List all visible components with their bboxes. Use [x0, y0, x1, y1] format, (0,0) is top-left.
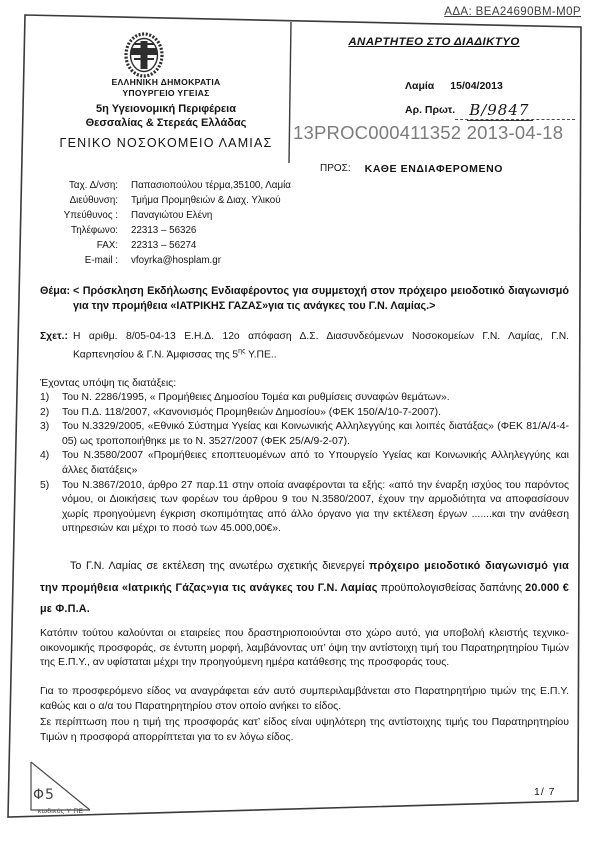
- subject-block: Θέμα: < Πρόσκληση Εκδήλωσης Ενδιαφέροντο…: [40, 284, 569, 313]
- internet-posting-notice: ΑΝΑΡΤΗΤΕΟ ΣΤΟ ΔΙΑΔΙΚΤΥΟ: [300, 36, 568, 48]
- health-region-line1: 5η Υγειονομική Περιφέρεια: [40, 103, 292, 117]
- law-item: 5) Του Ν.3867/2010, άρθρο 27 παρ.11 στην…: [40, 479, 569, 537]
- tender-announcement: Το Γ.Ν. Λαμίας σε εκτέλεση της ανωτέρω σ…: [40, 556, 569, 621]
- having-regard-line: Έχοντας υπόψη τις διατάξεις:: [40, 377, 176, 389]
- reference-block: Σχετ.: Η αριθμ. 8/05-04-13 Ε.Η.Δ. 12ο απ…: [40, 330, 569, 363]
- recipient-row: ΠΡΟΣ: ΚΑΘΕ ΕΝΔΙΑΦΕΡΟΜΕΝΟ: [320, 163, 503, 175]
- rejection-paragraph: Σε περίπτωση που η τιμή της προσφοράς κα…: [40, 715, 569, 744]
- reference-text: Η αριθμ. 8/05-04-13 Ε.Η.Δ. 12ο απόφαση Δ…: [73, 330, 569, 363]
- subject-text: < Πρόσκληση Εκδήλωσης Ενδιαφέροντος για …: [73, 284, 569, 313]
- contact-row-phone: Τηλέφωνο: 22313 – 56326: [40, 223, 325, 238]
- contact-row-department: Διεύθυνση: Τμήμα Προμηθειών & Διαχ. Υλικ…: [40, 193, 325, 208]
- issuing-authority: ΕΛΛΗΝΙΚΗ ΔΗΜΟΚΡΑΤΙΑ ΥΠΟΥΡΓΕΙΟ ΥΓΕΙΑΣ 5η …: [40, 77, 292, 130]
- date-row: Λαμία 15/04/2013: [405, 80, 503, 92]
- law-item: 2) Του Π.Δ. 118/2007, «Κανονισμός Προμηθ…: [40, 406, 569, 421]
- form-code-caption: κωδικός Υ ΠΕ: [38, 808, 83, 815]
- law-item: 1) Του Ν. 2286/1995, « Προμήθειες Δημοσί…: [40, 391, 569, 406]
- invitation-paragraph: Κατόπιν τούτου καλούνται οι εταιρείες πο…: [40, 626, 569, 670]
- contact-row-person: Υπεύθυνος : Παναγιώτου Ελένη: [40, 208, 325, 223]
- ada-code: ΑΔΑ: ΒΕΑ24690ΒΜ-Μ0Ρ: [444, 6, 581, 18]
- page-number: 1/ 7: [534, 786, 556, 798]
- law-item: 3) Του Ν.3329/2005, «Εθνικό Σύστημα Υγεί…: [40, 420, 569, 449]
- contact-details: Ταχ. Δ/νση: Παπασιοπούλου τέρμα,35100, Λ…: [40, 178, 325, 268]
- protocol-label: Αρ. Πρωτ.: [405, 101, 455, 116]
- form-code: Φ5: [33, 787, 55, 803]
- contact-row-fax: FAX: 22313 – 56274: [40, 238, 325, 253]
- document-date: 15/04/2013: [450, 80, 503, 92]
- proc-registry-stamp: 13PROC000411352 2013-04-18: [293, 122, 563, 144]
- protocol-dashed-line: [455, 119, 575, 120]
- law-item: 4) Του Ν.3580/2007 «Προμήθειες εποπτευομ…: [40, 449, 569, 478]
- subject-label: Θέμα:: [40, 284, 73, 299]
- observatory-paragraph: Για το προσφερόμενο είδος να αναγράφεται…: [40, 684, 569, 713]
- org-ministry: ΥΠΟΥΡΓΕΙΟ ΥΓΕΙΑΣ: [40, 88, 292, 99]
- protocol-row: Αρ. Πρωτ. Β/9847: [405, 101, 533, 121]
- health-region-line2: Θεσσαλίας & Στερεάς Ελλάδας: [40, 117, 292, 131]
- city-label: Λαμία: [405, 80, 434, 92]
- protocol-number: Β/9847: [467, 101, 533, 121]
- document-page: { "overlay": { "ada": "ΑΔΑ: ΒΕΑ24690ΒΜ-Μ…: [0, 0, 595, 842]
- org-republic: ΕΛΛΗΝΙΚΗ ΔΗΜΟΚΡΑΤΙΑ: [40, 77, 292, 88]
- hospital-name: ΓΕΝΙΚΟ ΝΟΣΟΚΟΜΕΙΟ ΛΑΜΙΑΣ: [40, 136, 292, 150]
- contact-row-address: Ταχ. Δ/νση: Παπασιοπούλου τέρμα,35100, Λ…: [40, 178, 325, 193]
- reference-label: Σχετ.:: [40, 330, 73, 345]
- law-list: 1) Του Ν. 2286/1995, « Προμήθειες Δημοσί…: [40, 391, 569, 537]
- contact-row-email: E-mail : vfoyrka@hosplam.gr: [40, 253, 325, 268]
- greek-emblem-icon: [122, 31, 166, 79]
- to-label: ΠΡΟΣ:: [320, 163, 351, 175]
- to-value: ΚΑΘΕ ΕΝΔΙΑΦΕΡΟΜΕΝΟ: [365, 163, 503, 175]
